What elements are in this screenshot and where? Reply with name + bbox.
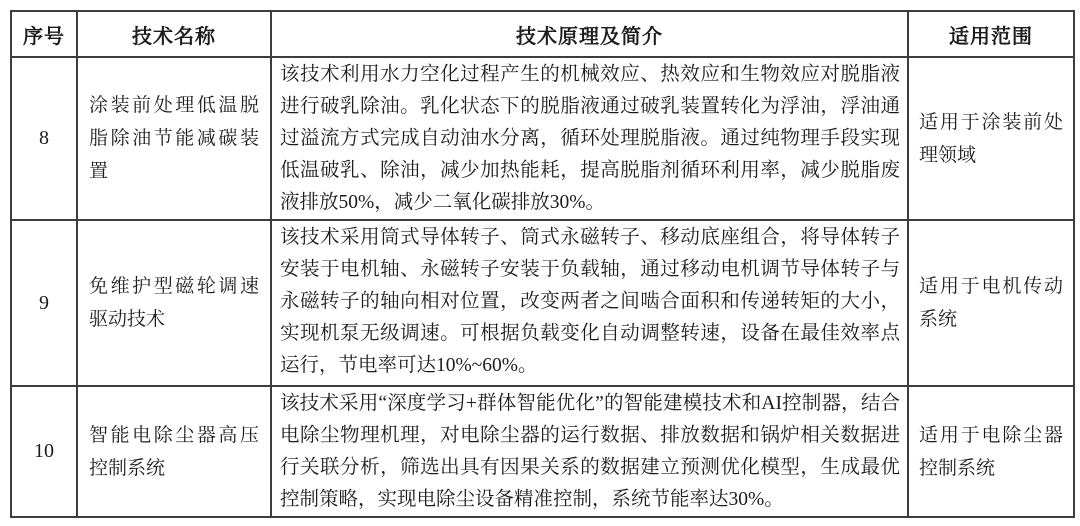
application-scope-cell: 适用于电除尘器控制系统 bbox=[908, 386, 1074, 517]
table-row: 10 智能电除尘器高压控制系统 该技术采用“深度学习+群体智能优化”的智能建模技… bbox=[11, 386, 1074, 517]
technology-name-cell: 智能电除尘器高压控制系统 bbox=[77, 386, 271, 517]
header-serial-number: 序号 bbox=[11, 11, 77, 57]
document-page: 序号 技术名称 技术原理及简介 适用范围 8 涂装前处理低温脱脂除油节能减碳装置… bbox=[10, 10, 1075, 518]
table-header-row: 序号 技术名称 技术原理及简介 适用范围 bbox=[11, 11, 1074, 57]
application-scope-cell: 适用于涂装前处理领域 bbox=[908, 57, 1074, 220]
header-application-scope: 适用范围 bbox=[908, 11, 1074, 57]
application-scope-cell: 适用于电机传动系统 bbox=[908, 220, 1074, 386]
principle-intro-cell: 该技术利用水力空化过程产生的机械效应、热效应和生物效应对脱脂液进行破乳除油。乳化… bbox=[271, 57, 908, 220]
header-principle-intro: 技术原理及简介 bbox=[271, 11, 908, 57]
serial-number-cell: 9 bbox=[11, 220, 77, 386]
principle-intro-cell: 该技术采用“深度学习+群体智能优化”的智能建模技术和AI控制器，结合电除尘物理机… bbox=[271, 386, 908, 517]
serial-number-cell: 10 bbox=[11, 386, 77, 517]
header-technology-name: 技术名称 bbox=[77, 11, 271, 57]
technology-table: 序号 技术名称 技术原理及简介 适用范围 8 涂装前处理低温脱脂除油节能减碳装置… bbox=[10, 10, 1075, 518]
technology-name-cell: 涂装前处理低温脱脂除油节能减碳装置 bbox=[77, 57, 271, 220]
principle-intro-cell: 该技术采用筒式导体转子、筒式永磁转子、移动底座组合，将导体转子安装于电机轴、永磁… bbox=[271, 220, 908, 386]
table-row: 9 免维护型磁轮调速驱动技术 该技术采用筒式导体转子、筒式永磁转子、移动底座组合… bbox=[11, 220, 1074, 386]
technology-name-cell: 免维护型磁轮调速驱动技术 bbox=[77, 220, 271, 386]
serial-number-cell: 8 bbox=[11, 57, 77, 220]
table-row: 8 涂装前处理低温脱脂除油节能减碳装置 该技术利用水力空化过程产生的机械效应、热… bbox=[11, 57, 1074, 220]
